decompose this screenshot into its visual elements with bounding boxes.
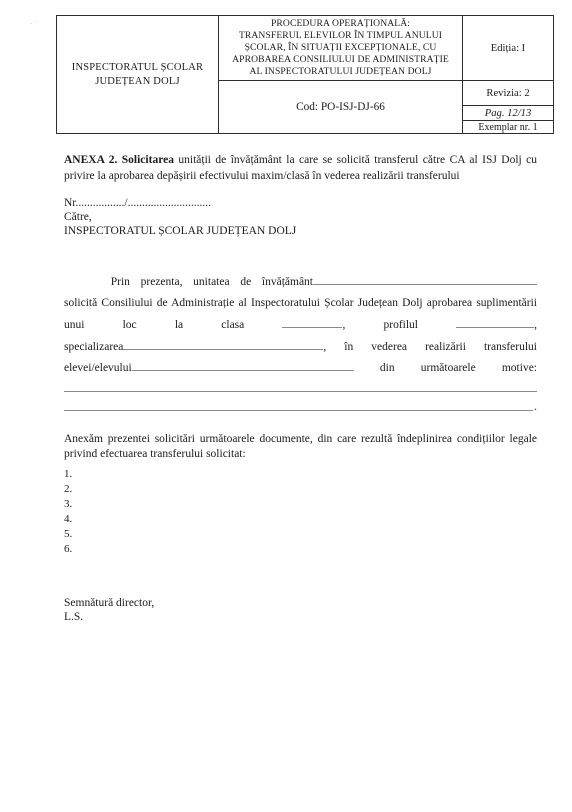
comma: , bbox=[534, 319, 537, 331]
motives-blank-line-2: . bbox=[64, 392, 537, 411]
comma: , bbox=[323, 341, 326, 353]
request-line1: Prin prezenta, unitatea de învățământ bbox=[64, 271, 537, 293]
procedure-title-line: AL INSPECTORATULUI JUDEȚEAN DOLJ bbox=[222, 66, 459, 78]
comma: , bbox=[342, 319, 345, 331]
specialization-label: specializarea bbox=[64, 341, 123, 353]
student-name-blank bbox=[132, 357, 354, 371]
signature-label: Semnătură director, bbox=[64, 596, 537, 611]
list-item: 6. bbox=[64, 542, 537, 557]
annex-heading-line1: ANEXA 2. Solicitarea unității de învățăm… bbox=[64, 152, 537, 168]
list-item: 1. bbox=[64, 467, 537, 482]
request-line5: elevei/elevului din următoarele motive: bbox=[64, 357, 537, 379]
school-name-blank bbox=[313, 271, 537, 285]
request-paragraph: Prin prezenta, unitatea de învățământ so… bbox=[64, 271, 537, 411]
annex-heading: ANEXA 2. Solicitarea unității de învățăm… bbox=[64, 152, 537, 184]
list-item: 2. bbox=[64, 482, 537, 497]
period: . bbox=[533, 403, 537, 411]
recipient-line: INSPECTORATUL ȘCOLAR JUDEȚEAN DOLJ bbox=[64, 224, 537, 238]
writing-line bbox=[64, 392, 533, 411]
attachments-list: 1. 2. 3. 4. 5. 6. bbox=[64, 467, 537, 557]
request-line4-text: în vederea realizării transferului bbox=[344, 341, 537, 353]
edition-cell: Ediția: I bbox=[463, 16, 554, 81]
document-body: ANEXA 2. Solicitarea unității de învățăm… bbox=[64, 152, 537, 625]
stamp-label: L.S. bbox=[64, 610, 537, 625]
attachments-intro-line1: Anexăm prezentei solicitări următoarele … bbox=[64, 432, 537, 448]
attachments-intro-line2: privind efectuarea transferului solicita… bbox=[64, 447, 537, 463]
list-item: 3. bbox=[64, 497, 537, 512]
motives-blank-line-1 bbox=[64, 380, 537, 392]
request-line4: specializarea, în vederea realizării tra… bbox=[64, 336, 537, 358]
page-number-cell: Pag. 12/13 bbox=[463, 106, 554, 121]
annex-title-bold: ANEXA 2. Solicitarea bbox=[64, 154, 174, 166]
annex-title-rest: unității de învățământ la care se solici… bbox=[174, 154, 537, 166]
profile-label: profilul bbox=[383, 319, 418, 331]
scan-noise: ·˙ bbox=[30, 22, 40, 30]
request-line5-text: din următoarele motive: bbox=[380, 362, 537, 374]
student-label: elevei/elevului bbox=[64, 362, 132, 374]
profile-blank bbox=[456, 314, 534, 328]
procedure-title-line: ȘCOLAR, ÎN SITUAȚII EXCEPȚIONALE, CU bbox=[222, 42, 459, 54]
copy-number-cell: Exemplar nr. 1 bbox=[463, 121, 554, 134]
procedure-code-cell: Cod: PO-ISJ-DJ-66 bbox=[219, 81, 463, 134]
salutation-line: Către, bbox=[64, 210, 537, 224]
attachments-paragraph: Anexăm prezentei solicitări următoarele … bbox=[64, 432, 537, 463]
org-name-cell: INSPECTORATUL ȘCOLAR JUDEȚEAN DOLJ bbox=[57, 16, 219, 134]
class-blank bbox=[282, 314, 342, 328]
revision-cell: Revizia: 2 bbox=[463, 81, 554, 106]
list-item: 4. bbox=[64, 512, 537, 527]
list-item: 5. bbox=[64, 527, 537, 542]
signature-block: Semnătură director, L.S. bbox=[64, 596, 537, 625]
writing-line bbox=[64, 380, 537, 392]
request-line3-text: unui loc la clasa bbox=[64, 319, 244, 331]
procedure-title-line: TRANSFERUL ELEVILOR ÎN TIMPUL ANULUI bbox=[222, 30, 459, 42]
procedure-title-line: APROBAREA CONSILIULUI DE ADMINISTRAȚIE bbox=[222, 54, 459, 66]
address-block: Nr................./....................… bbox=[64, 196, 537, 238]
annex-heading-line2: privire la aprobarea depășirii efectivul… bbox=[64, 168, 537, 184]
document-page: ·˙ INSPECTORATUL ȘCOLAR JUDEȚEAN DOLJ PR… bbox=[0, 0, 572, 812]
header-table: INSPECTORATUL ȘCOLAR JUDEȚEAN DOLJ PROCE… bbox=[56, 15, 554, 134]
org-name: INSPECTORATUL ȘCOLAR JUDEȚEAN DOLJ bbox=[72, 62, 203, 87]
request-line3: unui loc la clasa , profilul , bbox=[64, 314, 537, 336]
request-line1-text: Prin prezenta, unitatea de învățământ bbox=[111, 276, 313, 288]
specialization-blank bbox=[123, 336, 323, 350]
procedure-title-cell: PROCEDURA OPERAȚIONALĂ: TRANSFERUL ELEVI… bbox=[219, 16, 463, 81]
procedure-title-line: PROCEDURA OPERAȚIONALĂ: bbox=[222, 18, 459, 30]
request-line2: solicită Consiliului de Administrație al… bbox=[64, 293, 537, 315]
registration-number-line: Nr................./....................… bbox=[64, 196, 537, 210]
